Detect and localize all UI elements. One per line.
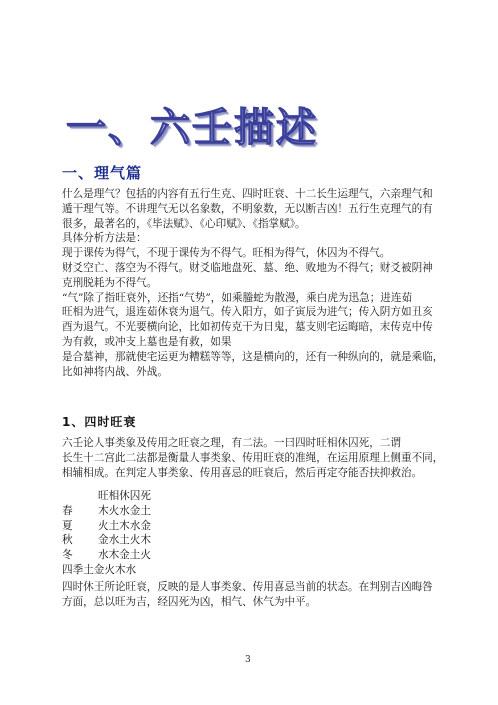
table-cell: 旺相休囚死: [98, 489, 151, 504]
section-heading-liqi: 一、理气篇: [62, 162, 142, 183]
section-heading-sishi: 1、四时旺衰: [62, 413, 136, 430]
section2-body: 六壬论人事类象及传用之旺衰之理，有二法。一曰四时旺相休囚死，二谓 长生十二宫此二…: [62, 436, 442, 480]
text-line: 比如神将内战、外战。: [62, 365, 442, 380]
section1-body: 什么是理气？包括的内容有五行生克、四时旺衰、十二长生运理气，六亲理气和 遁干理气…: [62, 187, 442, 379]
text-line: 为有救，或冲支上墓也是有救，如果: [62, 335, 442, 350]
text-line: 遁干理气等。不讲理气无以名象数，不明象数，无以断吉凶！五行生克理气的有: [62, 202, 442, 217]
text-line: 四时休王所论旺衰，反映的是人事类象、传用喜忌当前的状态。在判别吉凶晦咎: [62, 580, 442, 595]
text-line: 财爻空亡、落空为不得气。财爻临地盘死、墓、绝、败地为不得气；财爻被阴神: [62, 261, 442, 276]
table-row: 春 木火水金土: [62, 504, 151, 519]
page-title: 一、六壬描述: [66, 96, 318, 153]
text-line: 是合墓神，那就使宅运更为糟糕等等，这是横向的，还有一种纵向的，就是乘临，: [62, 350, 442, 365]
page-number: 3: [245, 655, 251, 665]
text-line: 相辅相成。在判定人事类象、传用喜忌的旺衰后，然后再定夺能否扶抑救治。: [62, 466, 442, 481]
document-page: 一、六壬描述 一、理气篇 什么是理气？包括的内容有五行生克、四时旺衰、十二长生运…: [0, 0, 498, 705]
table-cell: 冬: [62, 548, 98, 563]
text-line: “气”除了指旺衰外，还指“气势”，如乘螣蛇为散漫，乘白虎为迅急；进连茹: [62, 291, 442, 306]
table-row: 冬 水木金土火: [62, 548, 151, 563]
text-line: 很多，最著名的，《毕法赋》、《心印赋》、《指掌赋》。: [62, 217, 442, 232]
table-cell: 春: [62, 504, 98, 519]
table-cell: 四季: [62, 563, 83, 578]
table-cell: 夏: [62, 519, 98, 534]
table-cell: 木火水金土: [98, 504, 151, 519]
text-line: 长生十二宫此二法都是衡量人事类象、传用旺衰的准绳，在运用原理上侧重不同，: [62, 451, 442, 466]
table-row: 秋 金水土火木: [62, 533, 151, 548]
text-line: 具体分析方法是：: [62, 231, 442, 246]
section2-closing: 四时休王所论旺衰，反映的是人事类象、传用喜忌当前的状态。在判别吉凶晦咎 方面，总…: [62, 580, 442, 610]
text-line: 克刑脱耗为不得气。: [62, 276, 442, 291]
table-header: 旺相休囚死: [62, 489, 151, 504]
text-line: 酉为退气。不光要横向论，比如初传克干为日鬼，墓支则宅运晦暗，末传克中传: [62, 320, 442, 335]
text-line: 方面，总以旺为吉，经囚死为凶，相气、休气为中平。: [62, 595, 442, 610]
table-cell: 火土木水金: [98, 519, 151, 534]
text-line: 六壬论人事类象及传用之旺衰之理，有二法。一曰四时旺相休囚死，二谓: [62, 436, 442, 451]
text-line: 旺相为进气，退连茹休衰为退气。传入阳方，如子寅辰为进气；传入阴方如丑亥: [62, 305, 442, 320]
table-cell: [62, 489, 98, 504]
text-line: 现于课传为得气，不现于课传为不得气。旺相为得气，休囚为不得气。: [62, 246, 442, 261]
table-row: 四季 土金火木水: [62, 563, 151, 578]
table-cell: 土金火木水: [83, 563, 136, 578]
text-line: 什么是理气？包括的内容有五行生克、四时旺衰、十二长生运理气，六亲理气和: [62, 187, 442, 202]
table-cell: 水木金土火: [98, 548, 151, 563]
seasons-table: 旺相休囚死 春 木火水金土 夏 火土木水金 秋 金水土火木 冬 水木金土火 四季…: [62, 489, 151, 578]
table-cell: 金水土火木: [98, 533, 151, 548]
table-cell: 秋: [62, 533, 98, 548]
table-row: 夏 火土木水金: [62, 519, 151, 534]
